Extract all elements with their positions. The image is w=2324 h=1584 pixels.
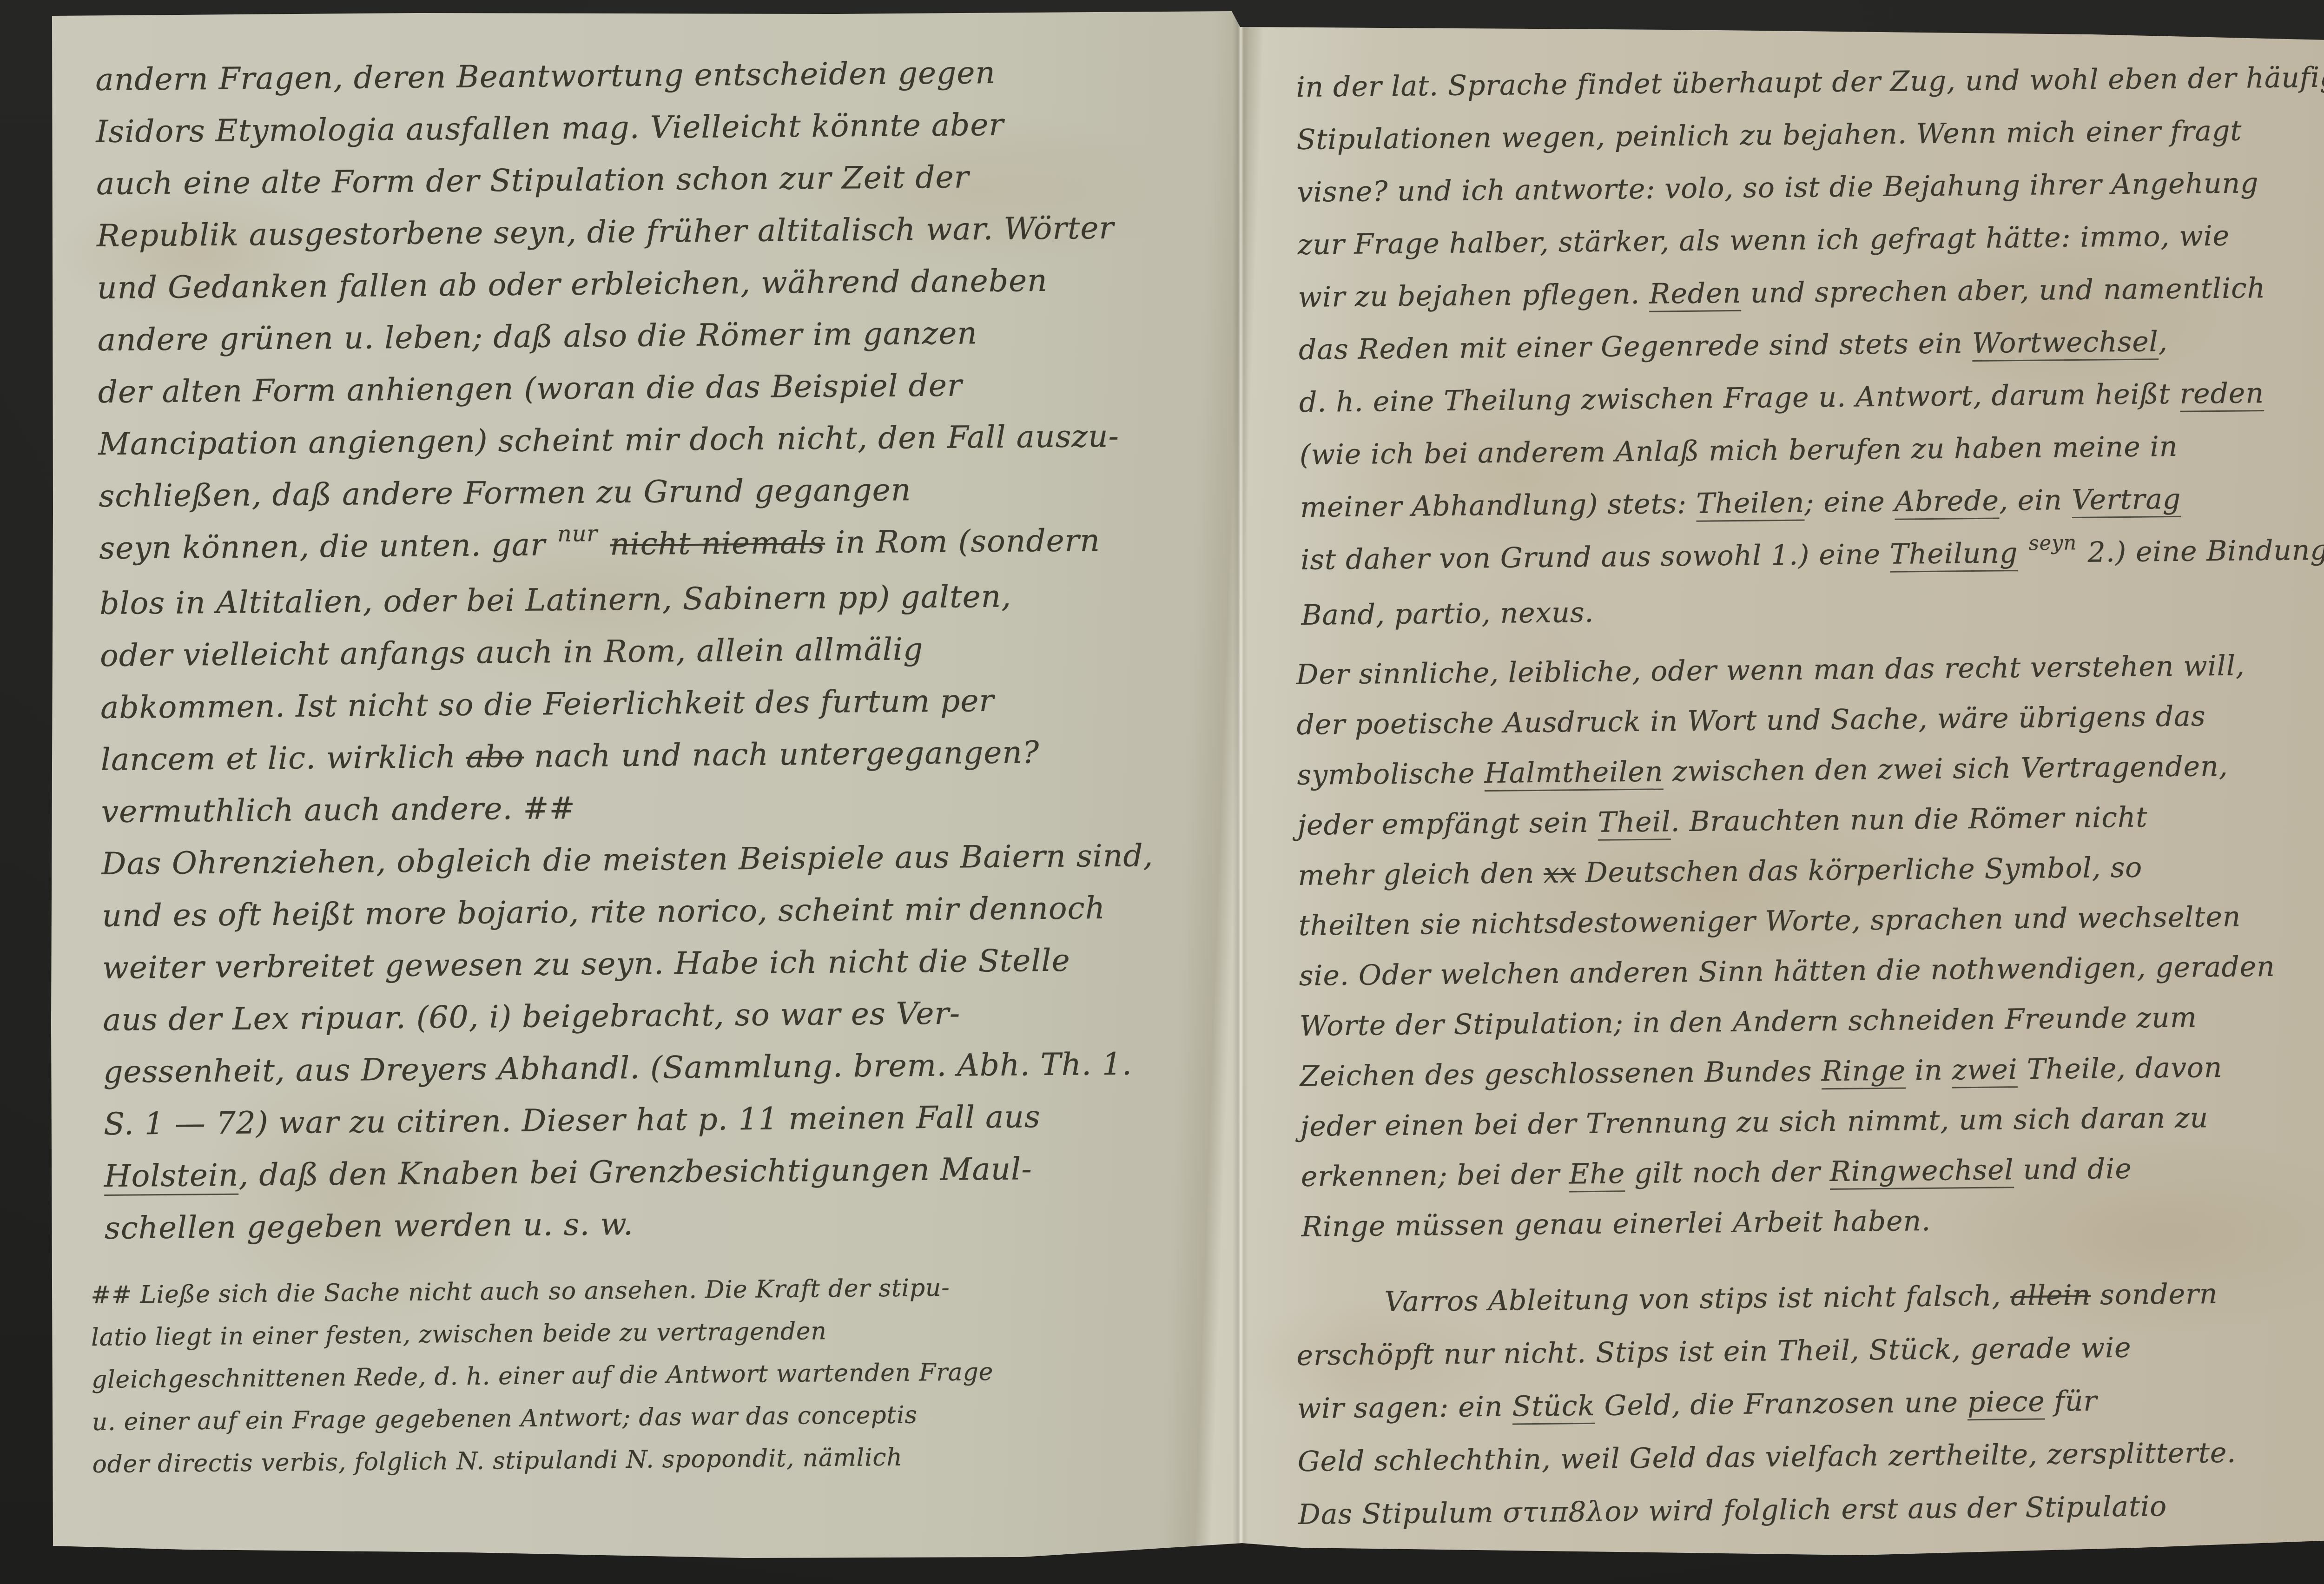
text-line: gessenheit, aus Dreyers Abhandl. (Sammlu… (103, 1038, 1155, 1098)
text-line: mehr gleich den xx Deutschen das körperl… (1298, 841, 2274, 901)
underlined-word: Ringe (1821, 1054, 1906, 1089)
text-line: vermuthlich auch andere. ## (101, 778, 1153, 838)
text-line: gleichgeschnittenen Rede, d. h. einer au… (92, 1351, 994, 1401)
text-line: und es oft heißt more bojario, rite nori… (102, 882, 1154, 942)
manuscript-scan: andern Fragen, deren Beantwortung entsch… (0, 0, 2324, 1584)
struck-out-word: xx (1544, 857, 1576, 890)
underlined-word: Theilung (1889, 537, 2018, 573)
underlined-word: Ringwechsel (1829, 1154, 2014, 1190)
text-line: Zeichen des geschlossenen Bundes Ringe i… (1300, 1042, 2276, 1102)
text-line: oder directis verbis, folglich N. stipul… (92, 1436, 994, 1486)
struck-out-word: nicht niemals (610, 525, 825, 562)
underlined-word: Wortwechsel (1972, 325, 2159, 362)
text-line: Mancipation angiengen) scheint mir doch … (98, 410, 1150, 470)
text-line: seyn können, die unten. gar nur nicht ni… (99, 514, 1151, 578)
text-line: wir sagen: ein Stück Geld, die Franzosen… (1297, 1373, 2236, 1435)
center-fold-crease (1233, 0, 1248, 1584)
underlined-word: Vertrag (2072, 483, 2181, 518)
underlined-word: Stück (1512, 1390, 1595, 1425)
underlined-word: Ehe (1569, 1157, 1625, 1192)
text-line: (wie ich bei anderem Anlaß mich berufen … (1300, 419, 2324, 482)
text-line: oder vielleicht anfangs auch in Rom, all… (100, 621, 1152, 682)
text-line: ist daher von Grund aus sowohl 1.) eine … (1301, 524, 2324, 589)
underlined-word: Theil (1598, 805, 1671, 841)
text-line: S. 1 — 72) war zu citiren. Dieser hat p.… (104, 1090, 1156, 1150)
text-line: andere grünen u. leben; daß also die Röm… (97, 306, 1149, 366)
text-line: Holstein, daß den Knaben bei Grenzbesich… (104, 1142, 1156, 1202)
interlinear-insertion: seyn (2028, 517, 2077, 570)
text-line: lancem et lic. wirklich abo nach und nac… (100, 726, 1153, 786)
text-line: wir zu bejahen pflegen. Reden und sprech… (1298, 261, 2324, 324)
text-line: Das Stipulum στιπ8λον wird folglich erst… (1298, 1479, 2237, 1541)
text-line: schließen, daß andere Formen zu Grund ge… (99, 462, 1151, 522)
text-line: Varros Ableitung von stips ist nicht fal… (1296, 1267, 2235, 1329)
text-line: blos in Altitalien, oder bei Latinern, S… (99, 569, 1152, 630)
text-line: jeder empfängt sein Theil. Brauchten nun… (1297, 791, 2274, 851)
text-line: meiner Abhandlung) stets: Theilen; eine … (1300, 471, 2324, 534)
text-line: erschöpft nur nicht. Stips ist ein Theil… (1296, 1320, 2235, 1382)
text-line: in der lat. Sprache findet überhaupt der… (1296, 51, 2324, 114)
underlined-word: Holstein (104, 1157, 239, 1196)
text-line: abkommen. Ist nicht so die Feierlichkeit… (100, 673, 1153, 734)
text-line: theilten sie nichtsdestoweniger Worte, s… (1298, 891, 2275, 951)
right-paragraph-1: in der lat. Sprache findet überhaupt der… (1296, 51, 2324, 642)
text-line: Der sinnliche, leibliche, oder wenn man … (1296, 640, 2272, 700)
text-line: Geld schlechthin, weil Geld das vielfach… (1297, 1426, 2236, 1488)
text-line: d. h. eine Theilung zwischen Frage u. An… (1299, 366, 2324, 429)
text-line: ## Ließe sich die Sache nicht auch so an… (91, 1267, 993, 1317)
text-line: der poetische Ausdruck in Wort und Sache… (1296, 691, 2273, 750)
text-line: aus der Lex ripuar. (60, i) beigebracht,… (103, 986, 1155, 1046)
right-paragraph-2: Der sinnliche, leibliche, oder wenn man … (1296, 640, 2278, 1252)
paper-sheet: andern Fragen, deren Beantwortung entsch… (0, 0, 2324, 1584)
text-line: symbolische Halmtheilen zwischen den zwe… (1297, 741, 2273, 800)
underlined-word: reden (2179, 377, 2264, 412)
left-main-paragraphs: andern Fragen, deren Beantwortung entsch… (95, 46, 1156, 1254)
text-line: Worte der Stipulation; in den Andern sch… (1299, 992, 2276, 1051)
text-line: Republik ausgestorbene seyn, die früher … (97, 202, 1149, 262)
text-line: visne? und ich antworte: volo, so ist di… (1297, 156, 2324, 219)
left-footnote-small-script: ## Ließe sich die Sache nicht auch so an… (91, 1267, 994, 1486)
text-line: u. einer auf ein Frage gegebenen Antwort… (92, 1393, 994, 1444)
right-paragraph-3: Varros Ableitung von stips ist nicht fal… (1296, 1267, 2237, 1541)
text-line: Isidors Etymologia ausfallen mag. Vielle… (96, 98, 1148, 158)
text-line: erkennen; bei der Ehe gilt noch der Ring… (1301, 1142, 2277, 1202)
text-line: schellen gegeben werden u. s. w. (104, 1194, 1156, 1254)
struck-out-word: allein (2010, 1279, 2091, 1313)
text-line: latio liegt in einer festen, zwischen be… (91, 1309, 993, 1359)
text-line: das Reden mit einer Gegenrede sind stets… (1298, 314, 2324, 376)
interlinear-insertion: nur (557, 508, 598, 561)
struck-out-word: abo (466, 739, 524, 775)
text-line: zur Frage halber, stärker, als wenn ich … (1297, 209, 2324, 271)
text-line: Stipulationen wegen, peinlich zu bejahen… (1296, 104, 2324, 166)
text-line: sie. Oder welchen anderen Sinn hätten di… (1299, 942, 2275, 1001)
text-line: jeder einen bei der Trennung zu sich nim… (1300, 1092, 2277, 1152)
text-line: Band, partio, nexus. (1301, 579, 2324, 642)
text-line: andern Fragen, deren Beantwortung entsch… (95, 46, 1148, 106)
underlined-word: piece (1967, 1386, 2045, 1421)
text-line: und Gedanken fallen ab oder erbleichen, … (97, 254, 1149, 314)
underlined-word: Theilen (1696, 487, 1805, 522)
underlined-word: Reden (1649, 277, 1741, 312)
underlined-word: Abrede (1894, 485, 1999, 520)
text-line: auch eine alte Form der Stipulation scho… (96, 150, 1149, 210)
underlined-word: Halmtheilen (1484, 755, 1664, 792)
text-line: Das Ohrenziehen, obgleich die meisten Be… (101, 830, 1154, 890)
underlined-word: zwei (1952, 1053, 2018, 1088)
text-line: der alten Form anhiengen (woran die das … (98, 358, 1150, 418)
text-line: weiter verbreitet gewesen zu seyn. Habe … (102, 934, 1155, 994)
text-line: Ringe müssen genau einerlei Arbeit haben… (1301, 1193, 2278, 1252)
